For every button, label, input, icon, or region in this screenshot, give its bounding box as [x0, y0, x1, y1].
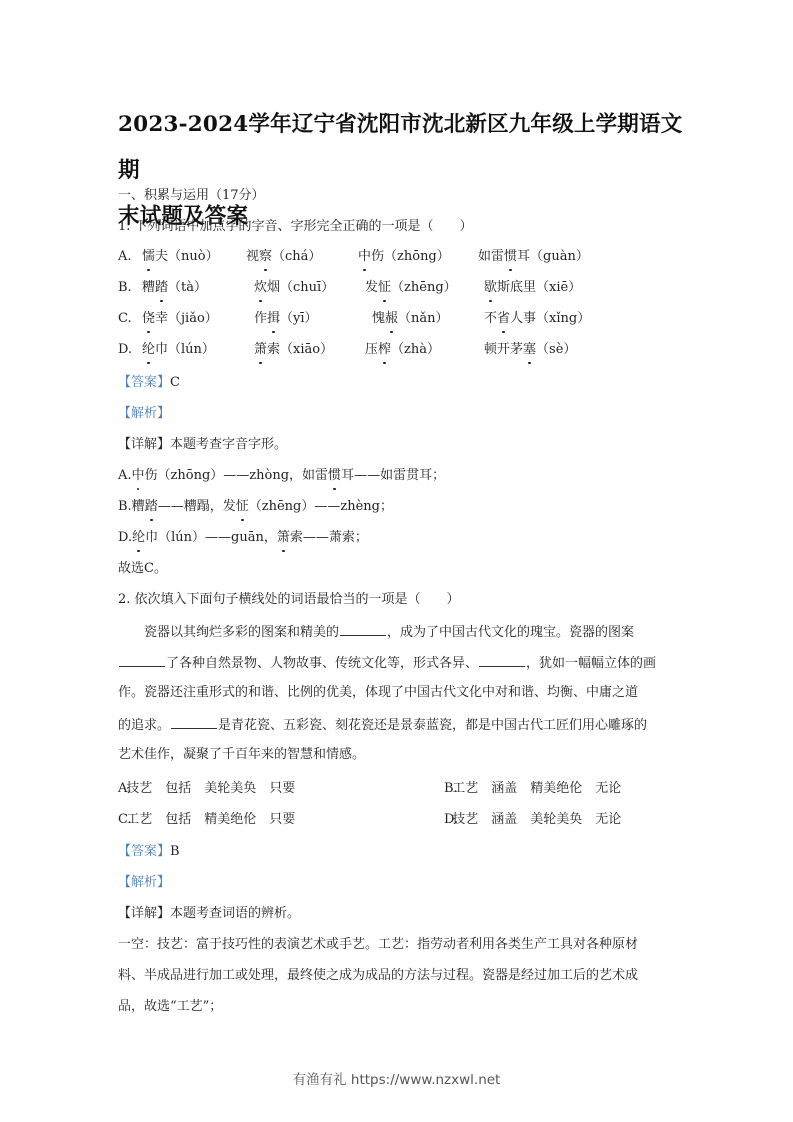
q2-passage-line-1: 瓷器以其绚烂多彩的图案和精美的，成为了中国古代文化的瑰宝。瓷器的图案 — [144, 621, 634, 643]
answer-label: 【答案】 — [118, 844, 170, 859]
option-item: 视察（chá） — [246, 247, 321, 267]
fill-blank-1 — [340, 621, 386, 636]
detail-text: 本题考查字音字形。 — [170, 437, 287, 452]
q1-explanation-b: B.糟踏——糟蹋，发怔（zhēng）——zhèng； — [118, 497, 393, 517]
option-item: 侥幸（jiǎo） — [142, 309, 218, 329]
option-item: 纶巾（lún） — [142, 340, 215, 360]
q2-detail: 【详解】本题考查词语的辨析。 — [118, 904, 300, 924]
detail-label: 【详解】 — [118, 906, 170, 921]
passage-text: 是青花瓷、五彩瓷、刻花瓷还是景泰蓝瓷，都是中国古代工匠们用心雕琢的 — [218, 718, 647, 733]
passage-text: 的追求。 — [118, 718, 170, 733]
option-item: 箫索（xiāo） — [254, 340, 333, 360]
answer-label: 【答案】 — [118, 375, 170, 390]
section-heading: 一、积累与运用（17分） — [118, 186, 265, 206]
option-letter: D. — [118, 340, 132, 360]
option-item: 中伤（zhōng） — [358, 247, 450, 267]
q2-option-a: A. 技艺 包括 美轮美奂 只要 — [118, 779, 126, 799]
q2-passage-line-5: 艺术佳作，凝聚了千百年来的智慧和情感。 — [118, 745, 365, 765]
q1-detail: 【详解】本题考查字音字形。 — [118, 435, 287, 455]
q2-option-b: B. 工艺 涵盖 精美绝伦 无论 — [444, 779, 452, 799]
fill-blank-3 — [479, 652, 525, 667]
q2-analysis-label: 【解析】 — [118, 873, 170, 893]
q1-answer: 【答案】C — [118, 373, 180, 393]
option-item: 不省人事（xǐng） — [484, 309, 590, 329]
option-item: 懦夫（nuò） — [142, 247, 219, 267]
q1-conclusion: 故选C。 — [118, 559, 167, 579]
option-item: 歇斯底里（xiē） — [484, 278, 581, 298]
option-letter: C. — [118, 309, 132, 329]
q2-explanation-line-1: 一空：技艺：富于技巧性的表演艺术或手艺。工艺：指劳动者利用各类生产工具对各种原材 — [118, 935, 638, 955]
option-item: 如雷惯耳（guàn） — [478, 247, 589, 267]
answer-value: B — [170, 844, 180, 859]
option-letter: A. — [118, 247, 132, 267]
detail-label: 【详解】 — [118, 437, 170, 452]
q2-option-d: D. 技艺 涵盖 美轮美奂 无论 — [444, 810, 452, 830]
passage-text: ，犹如一幅幅立体的画 — [526, 656, 656, 671]
q2-passage-line-3: 作。瓷器还注重形式的和谐、比例的优美，体现了中国古代文化中对和谐、均衡、中庸之道 — [118, 683, 638, 703]
answer-value: C — [170, 375, 180, 390]
q1-analysis-label: 【解析】 — [118, 404, 170, 424]
passage-text: 了各种自然景物、人物故事、传统文化等，形式各异、 — [166, 656, 478, 671]
detail-text: 本题考查词语的辨析。 — [170, 906, 300, 921]
passage-text: ，成为了中国古代文化的瑰宝。瓷器的图案 — [387, 625, 634, 640]
q2-explanation-line-3: 品，故选“工艺”； — [118, 997, 222, 1017]
q2-option-c: C. 工艺 包括 精美绝伦 只要 — [118, 810, 126, 830]
fill-blank-2 — [119, 652, 165, 667]
q2-passage-line-2: 了各种自然景物、人物故事、传统文化等，形式各异、，犹如一幅幅立体的画 — [118, 652, 656, 674]
q2-passage-line-4: 的追求。是青花瓷、五彩瓷、刻花瓷还是景泰蓝瓷，都是中国古代工匠们用心雕琢的 — [118, 714, 647, 736]
option-item: 炊烟（chuī） — [254, 278, 334, 298]
passage-text: 瓷器以其绚烂多彩的图案和精美的 — [144, 625, 339, 640]
option-item: 压榨（zhà） — [365, 340, 440, 360]
q2-stem: 2. 依次填入下面句子横线处的词语最恰当的一项是（ ） — [118, 590, 460, 610]
option-item: 发怔（zhēng） — [365, 278, 457, 298]
option-item: 愧赧（nǎn） — [372, 309, 449, 329]
q2-answer: 【答案】B — [118, 842, 180, 862]
q1-explanation-d: D.纶巾（lún）——guān，箫索——萧索； — [118, 528, 368, 548]
title-line-1: 2023-2024学年辽宁省沈阳市沈北新区九年级上学期语文期 — [118, 102, 688, 194]
option-letter: B. — [118, 278, 132, 298]
option-item: 顿开茅塞（sè） — [484, 340, 576, 360]
fill-blank-4 — [171, 714, 217, 729]
option-item: 作揖（yī） — [254, 309, 318, 329]
q1-explanation-a: A.中伤（zhōng）——zhòng，如雷惯耳——如雷贯耳； — [118, 466, 445, 486]
footer-watermark: 有渔有礼 https://www.nzxwl.net — [0, 1068, 793, 1088]
q2-explanation-line-2: 料、半成品进行加工或处理，最终使之成为成品的方法与过程。瓷器是经过加工后的艺术成 — [118, 966, 638, 986]
option-item: 糟踏（tà） — [142, 278, 207, 298]
q1-stem: 1. 下列词语中加点字的字音、字形完全正确的一项是（ ） — [118, 217, 473, 237]
